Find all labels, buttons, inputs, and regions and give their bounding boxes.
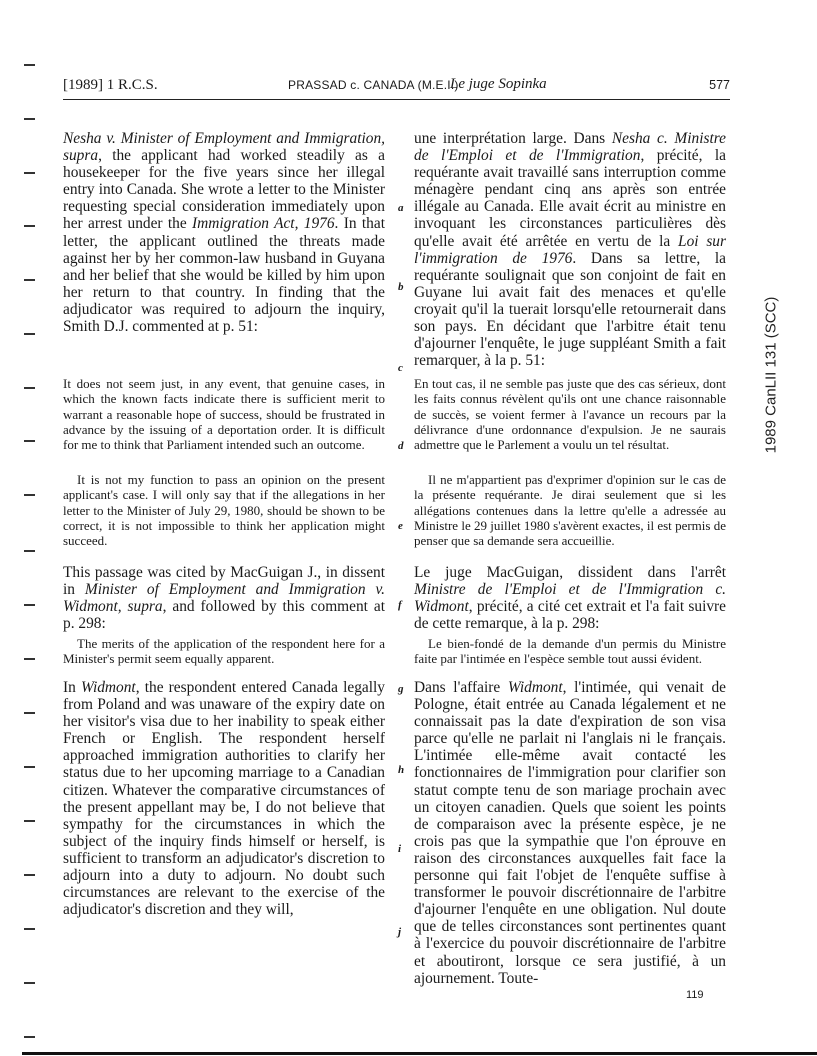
french-paragraph-widmont: Dans l'affaire Widmont, l'intimée, qui v… <box>414 679 726 987</box>
block-quote: It does not seem just, in any event, tha… <box>63 376 385 452</box>
margin-dash <box>24 874 35 876</box>
english-quote-2: It is not my function to pass an opinion… <box>63 472 385 548</box>
french-quote-3: Le bien-fondé de la demande d'un permis … <box>414 636 726 667</box>
margin-dash <box>24 333 35 335</box>
canlii-citation-stamp: 1989 CanLII 131 (SCC) <box>763 297 780 454</box>
body-text: In <box>63 679 81 696</box>
margin-letter-c: c <box>398 362 403 374</box>
french-paragraph-macguigan: Le juge MacGuigan, dissident dans l'arrê… <box>414 564 726 632</box>
margin-letter-e: e <box>398 520 403 532</box>
margin-letter-i: i <box>398 843 401 855</box>
block-quote: Le bien-fondé de la demande d'un permis … <box>414 636 726 667</box>
body-text: une interprétation large. Dans <box>414 130 612 147</box>
case-citation: Widmont <box>81 679 136 696</box>
block-quote: Il ne m'appartient pas d'exprimer d'opin… <box>414 472 726 548</box>
french-column: une interprétation large. Dans Nesha c. … <box>414 130 726 369</box>
margin-letter-a: a <box>398 202 404 214</box>
margin-dash <box>24 712 35 714</box>
margin-dash <box>24 1036 35 1038</box>
reporter-citation: [1989] 1 R.C.S. <box>63 77 158 94</box>
margin-dash <box>24 928 35 930</box>
english-paragraph-widmont: In Widmont, the respondent entered Canad… <box>63 679 385 918</box>
body-text: , l'intimée, qui venait de Pologne, étai… <box>414 679 726 987</box>
margin-dash <box>24 172 35 174</box>
english-paragraph-macguigan: This passage was cited by MacGuigan J., … <box>63 564 385 632</box>
margin-dash <box>24 550 35 552</box>
english-quote-1: It does not seem just, in any event, tha… <box>63 376 385 452</box>
margin-dash <box>24 118 35 120</box>
english-column: Nesha v. Minister of Employment and Immi… <box>63 130 385 335</box>
paragraphe-widmont: Dans l'affaire Widmont, l'intimée, qui v… <box>414 679 726 987</box>
body-text: . Dans sa lettre, la requérante souligna… <box>414 250 726 370</box>
case-title: PRASSAD c. CANADA (M.E.I.) <box>288 78 459 92</box>
statute-citation: Immigration Act, 1976 <box>192 215 335 232</box>
margin-dash <box>24 982 35 984</box>
margin-letter-h: h <box>398 764 404 776</box>
margin-letter-f: f <box>398 599 402 611</box>
margin-dash <box>24 494 35 496</box>
margin-letter-j: j <box>398 926 401 938</box>
french-quote-2: Il ne m'appartient pas d'exprimer d'opin… <box>414 472 726 548</box>
margin-dash <box>24 604 35 606</box>
margin-dash <box>24 225 35 227</box>
body-text: Le juge MacGuigan, dissident dans l'arrê… <box>414 564 726 581</box>
footer-page-number: 119 <box>686 989 704 1001</box>
margin-dash <box>24 820 35 822</box>
margin-letter-g: g <box>398 683 404 695</box>
bottom-rule <box>22 1052 817 1055</box>
french-quote-1: En tout cas, il ne semble pas juste que … <box>414 376 726 452</box>
paragraph-nesha: Nesha v. Minister of Employment and Immi… <box>63 130 385 335</box>
margin-dash <box>24 766 35 768</box>
margin-letter-b: b <box>398 281 404 293</box>
paragraph-macguigan: This passage was cited by MacGuigan J., … <box>63 564 385 632</box>
margin-dash <box>24 440 35 442</box>
block-quote: It is not my function to pass an opinion… <box>63 472 385 548</box>
judge-name: Le juge Sopinka <box>450 76 547 93</box>
paragraphe-macguigan: Le juge MacGuigan, dissident dans l'arrê… <box>414 564 726 632</box>
margin-dash <box>24 64 35 66</box>
margin-dash <box>24 279 35 281</box>
margin-dash <box>24 387 35 389</box>
paragraphe-nesha: une interprétation large. Dans Nesha c. … <box>414 130 726 369</box>
body-text: Dans l'affaire <box>414 679 508 696</box>
margin-letter-d: d <box>398 440 404 452</box>
english-quote-3: The merits of the application of the res… <box>63 636 385 667</box>
case-citation: Widmont <box>508 679 563 696</box>
paragraph-widmont: In Widmont, the respondent entered Canad… <box>63 679 385 918</box>
body-text: , the respondent entered Canada legally … <box>63 679 385 918</box>
margin-dash <box>24 658 35 660</box>
running-header: [1989] 1 R.C.S. PRASSAD c. CANADA (M.E.I… <box>63 77 730 100</box>
page-number: 577 <box>709 78 730 92</box>
block-quote: En tout cas, il ne semble pas juste que … <box>414 376 726 452</box>
block-quote: The merits of the application of the res… <box>63 636 385 667</box>
body-text: . In that letter, the applicant outlined… <box>63 215 385 335</box>
